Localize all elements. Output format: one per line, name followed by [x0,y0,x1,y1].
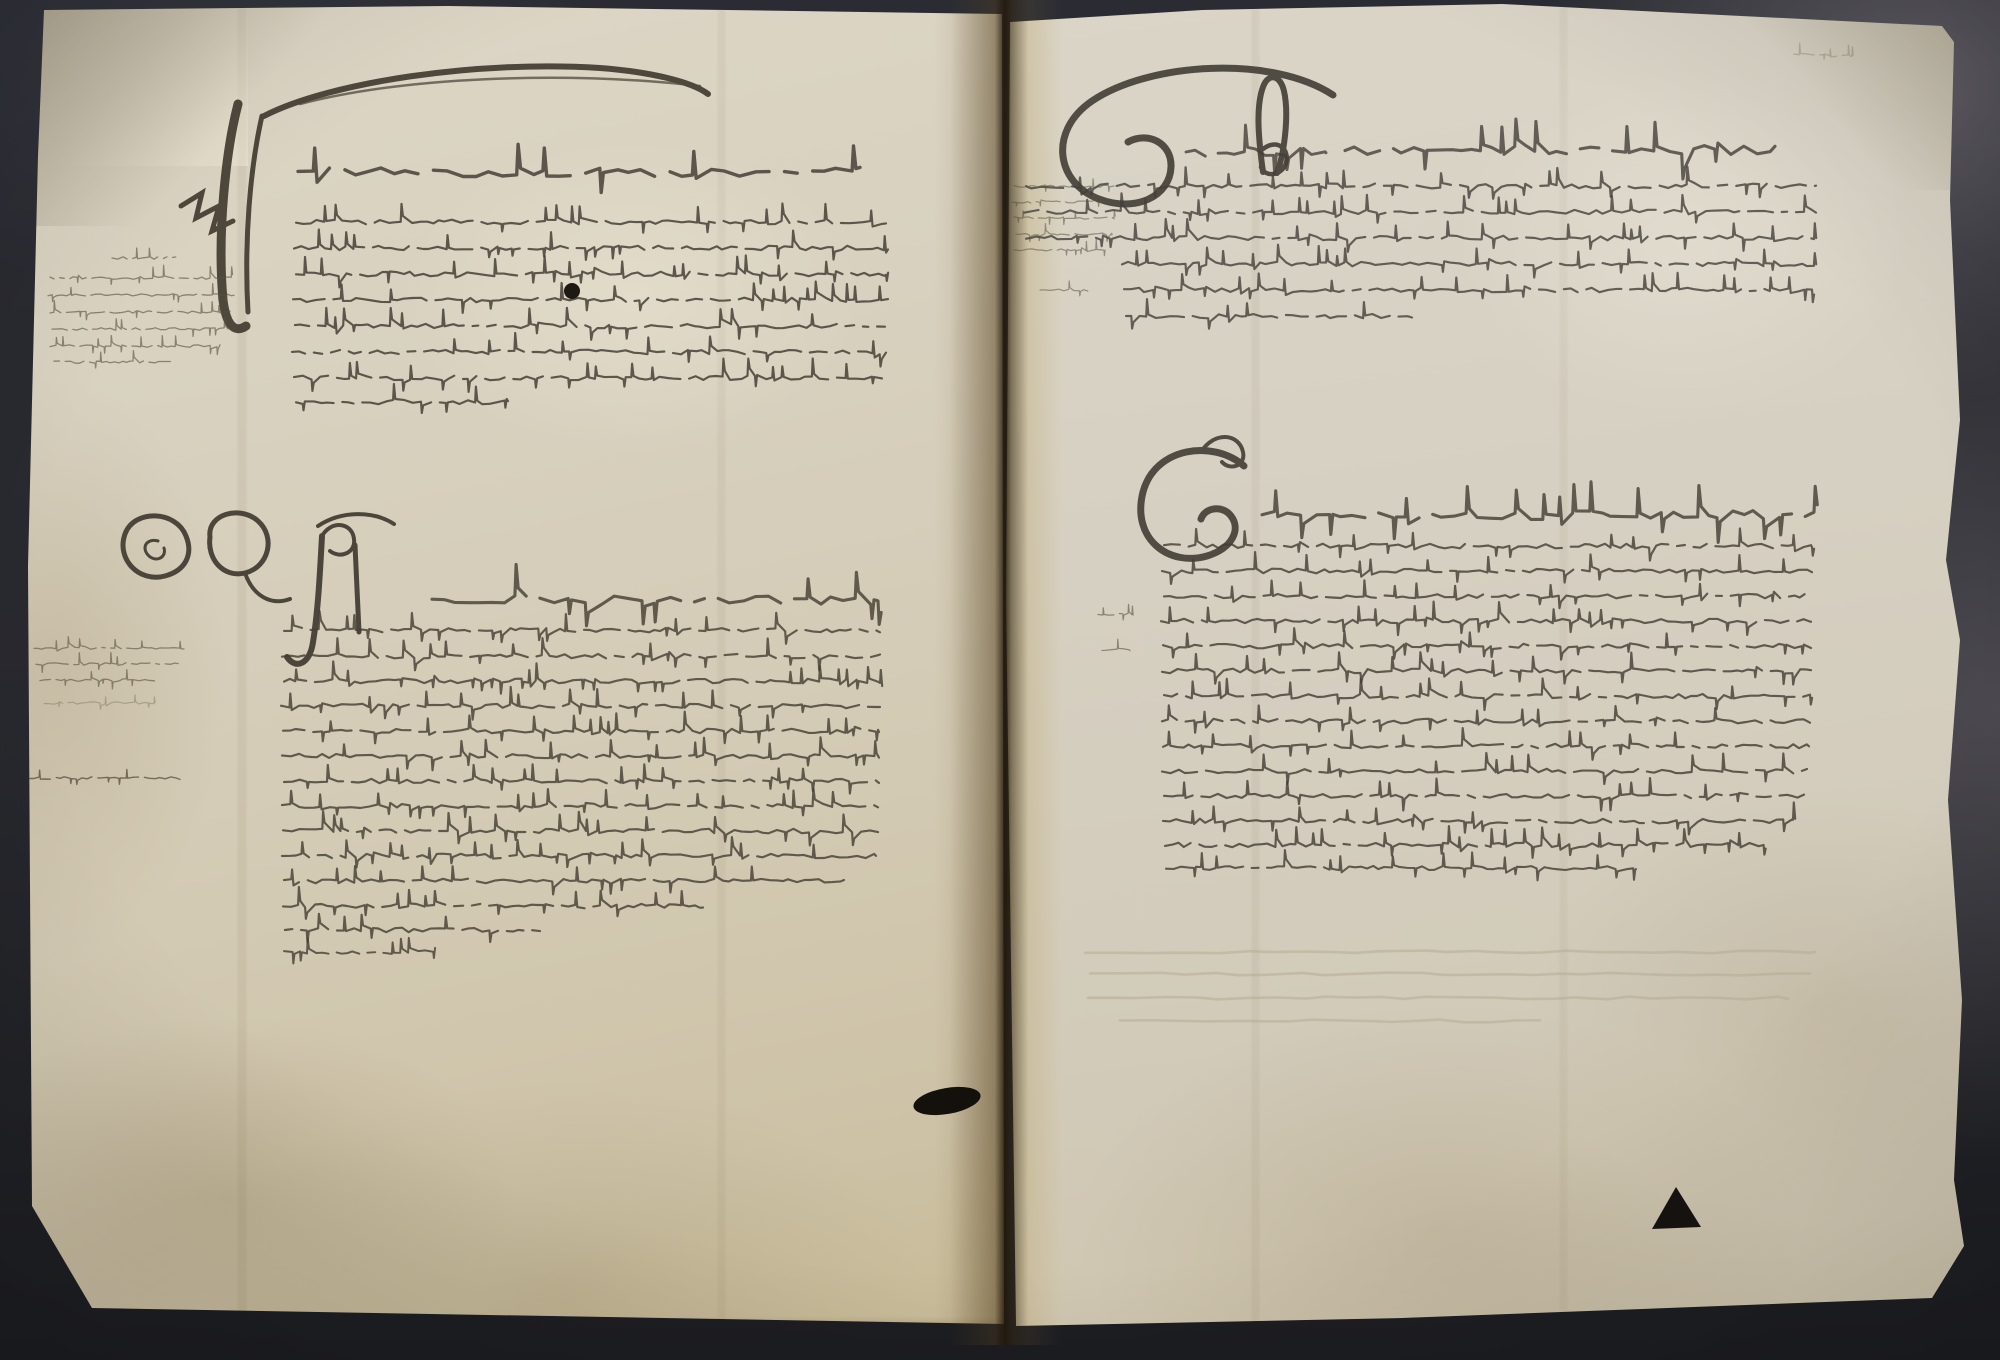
right-page-texture [1002,0,1974,1340]
left-page-texture [28,6,1004,1330]
right-page-parchment [1002,0,1974,1340]
left-page-parchment [28,6,1004,1330]
manuscript-photograph [0,0,2000,1360]
